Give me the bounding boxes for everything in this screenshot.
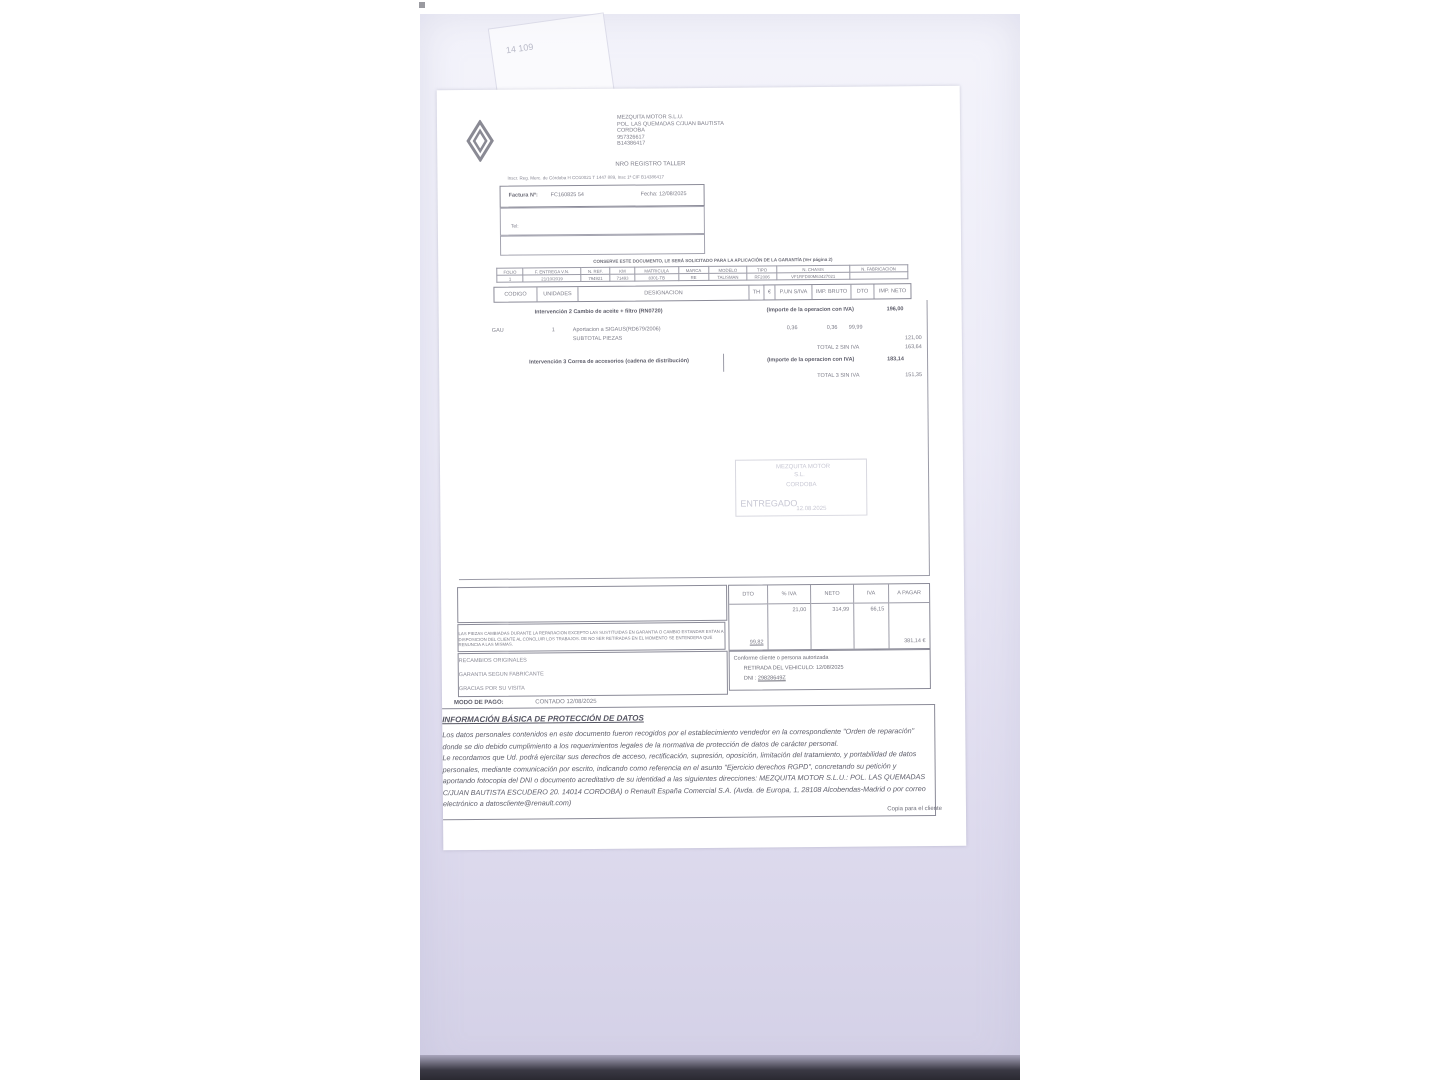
intervention-amount-label: (Importe de la operacion con IVA) [767, 307, 854, 314]
items-header-cell: TH [749, 285, 764, 299]
renault-logo-icon [465, 120, 495, 162]
privacy-title: INFORMACIÓN BÁSICA DE PROTECCIÓN DE DATO… [442, 714, 644, 725]
intervention-amount-label: (Importe de la operacion con IVA) [767, 357, 854, 364]
item-code: GAU [492, 328, 504, 334]
items-body: Intervención 2 Cambio de aceite + filtro… [457, 300, 930, 580]
company-fax: B14386417 [617, 140, 724, 147]
invoice-paper: MEZQUITA MOTOR S.L.U. POL. LAS QUEMADAS … [437, 86, 967, 851]
dni-label: DNI : [744, 676, 757, 682]
totals-col-iva-pct: % IVA 21,00 [768, 585, 812, 649]
totals-col-dto: DTO 99,82 [729, 585, 769, 649]
item-unit-price: 0,36 [787, 325, 798, 331]
divider [723, 354, 724, 372]
totals-table: DTO 99,82 % IVA 21,00 NETO 314,99 IVA 66… [728, 583, 931, 651]
total-value: 163,64 [905, 344, 922, 350]
totals-col-a-pagar: A PAGAR 381,14 € [889, 584, 930, 648]
totals-dto: 99,82 [750, 639, 764, 645]
stamp-line: CORDOBA [786, 482, 816, 488]
signature-box: Conforme cliente o persona autorizada RE… [729, 649, 931, 691]
intervention-amount: 183,14 [887, 356, 904, 362]
stamp-line: ENTREGADO [740, 498, 797, 508]
vehicle-cell: VF1RFD00M63427021 [777, 272, 849, 280]
totals-neto: 314,99 [832, 607, 849, 613]
vehicle-cell: 8301-TB [635, 274, 678, 281]
total-label: TOTAL 2 SIN IVA [817, 345, 859, 351]
items-header-cell: DESIGNACION [578, 286, 749, 301]
subtotal-label: SUBTOTAL PIEZAS [573, 336, 622, 342]
item-units: 1 [552, 327, 555, 333]
items-header-cell: IMP. NETO [874, 284, 910, 298]
client-box: Tel: [500, 206, 705, 236]
signature-title: Conforme cliente o persona autorizada [734, 655, 829, 662]
stamp-line: 12.08.2025 [796, 506, 826, 512]
vehicle-cell: 71493 [610, 274, 635, 281]
invoice-number: FC160825 54 [551, 192, 584, 198]
totals-header: % IVA [768, 585, 810, 604]
vehicle-cell: RE [678, 273, 708, 280]
receipt-slip-line: 14 109 [505, 42, 534, 56]
item-gross: 0,36 [827, 325, 838, 331]
withdrawn-label: RETIRADA DEL VEHICULO: [744, 665, 815, 672]
dealer-stamp: MEZQUITA MOTOR S.L. CORDOBA ENTREGADO 12… [735, 459, 867, 517]
totals-col-neto: NETO 314,99 [811, 585, 855, 649]
stamp-line: MEZQUITA MOTOR [776, 464, 830, 470]
vehicle-cell: TALISMAN [709, 273, 748, 280]
warranty-note: CONSERVE ESTE DOCUMENTO, LE SERÁ SOLICIT… [593, 257, 832, 264]
vehicle-table: FOLIOF. ENTREGA V.N.N. REF.KMMATRICULAMA… [496, 264, 908, 283]
invoice-date-value: 12/08/2025 [659, 191, 687, 197]
warranty-line: RECAMBIOS ORIGINALES [459, 658, 527, 665]
payment-label: MODO DE PAGO: [454, 700, 504, 706]
client-address-box [500, 234, 705, 256]
item-discount: 99,99 [849, 325, 863, 331]
invoice-date-label: Fecha: [641, 191, 658, 197]
copy-note: Copia para el cliente [887, 806, 942, 812]
total-label: TOTAL 3 SIN IVA [817, 373, 859, 379]
invoice-date: Fecha: 12/08/2025 [641, 191, 687, 197]
privacy-text: Los datos personales contenidos en este … [442, 725, 929, 810]
vehicle-cell [849, 272, 907, 280]
workshop-registry-title: NRO REGISTRO TALLER [615, 161, 685, 168]
client-phone-label: Tel: [511, 224, 519, 230]
warranty-line: GRACIAS POR SU VISITA [459, 686, 525, 693]
items-header-cell: CODIGO [494, 287, 537, 301]
vehicle-cell: RF2006 [747, 273, 777, 280]
dni-row: DNI : 29828649Z [744, 675, 786, 681]
totals-a-pagar: 381,14 € [904, 638, 925, 644]
totals-header: A PAGAR [889, 584, 929, 603]
intervention-amount: 196,00 [887, 306, 904, 312]
payment-row: MODO DE PAGO: CONTADO 12/08/2025 [454, 699, 597, 706]
totals-iva-pct: 21,00 [792, 607, 806, 613]
intervention-title: Intervención 3 Correa de accesorios (cad… [529, 358, 689, 365]
warranty-line: GARANTIA SEGUN FABRICANTE [459, 671, 544, 678]
withdrawn-row: RETIRADA DEL VEHICULO: 12/08/2025 [744, 665, 844, 672]
privacy-box: INFORMACIÓN BÁSICA DE PROTECCIÓN DE DATO… [442, 704, 936, 820]
stamp-line: S.L. [794, 472, 805, 478]
conditions-text: LAS PIEZAS CAMBIADAS DURANTE LA REPARACI… [457, 622, 725, 652]
dni-value: 29828649Z [758, 675, 786, 681]
invoice-number-box: Factura Nº: FC160825 54 Fecha: 12/08/202… [500, 184, 705, 208]
vehicle-cell: 794921 [581, 274, 610, 281]
totals-iva: 66,15 [870, 606, 884, 612]
totals-header: DTO [729, 585, 767, 604]
items-header-cell: DTO [851, 284, 874, 298]
item-designation: Aportacion a SIGAUS(RD679/2006) [573, 326, 661, 333]
registry-line: Inscr. Reg. Merc. de Córdoba H CO10021 T… [507, 174, 664, 180]
totals-col-iva: IVA 66,15 [854, 584, 890, 648]
subtotal-value: 121,00 [905, 335, 922, 341]
items-header-cell: UNIDADES [537, 287, 578, 301]
items-header-cell: P.UN S/IVA [775, 285, 812, 299]
totals-header: IVA [854, 584, 888, 603]
items-header-cell: IMP. BRUTO [812, 285, 851, 299]
vehicle-cell: 1 [497, 275, 523, 282]
items-header-cell: € [764, 285, 775, 299]
company-info: MEZQUITA MOTOR S.L.U. POL. LAS QUEMADAS … [617, 114, 724, 147]
totals-left-box [457, 585, 727, 623]
corner-mark [419, 2, 425, 8]
payment-value: CONTADO 12/08/2025 [535, 699, 596, 706]
total-value: 151,35 [905, 372, 922, 378]
intervention-title: Intervención 2 Cambio de aceite + filtro… [535, 308, 663, 315]
warranty-box: RECAMBIOS ORIGINALES GARANTIA SEGUN FABR… [458, 651, 728, 697]
invoice-label: Factura Nº: [509, 192, 538, 198]
vehicle-cell: 21/10/2019 [523, 275, 581, 283]
totals-header: NETO [811, 585, 853, 604]
withdrawn-date: 12/08/2025 [816, 665, 844, 671]
photo-backdrop-edge [420, 1055, 1020, 1080]
